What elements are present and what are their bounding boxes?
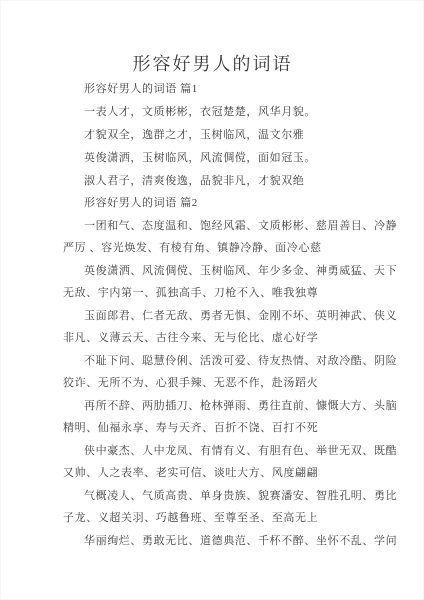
text-line: 无敌、宇内第一、孤独高手、刀枪不入、唯我独尊 [63,282,362,304]
text-line: 侠中豪杰、人中龙凤、有情有义、有胆有色、举世无双、既酷 [63,440,362,462]
paragraph: 才貌双全，逸群之才，玉树临风，温文尔雅 [63,124,362,146]
paragraph: 英俊潇洒，玉树临风，风流倜傥，面如冠玉。 [63,147,362,169]
paragraph: 一表人才，文质彬彬，衣冠楚楚，风华月貌。 [63,101,362,123]
paragraph: 英俊潇洒、风流倜傥、玉树临风、年少多金、神勇威猛、天下 无敌、宇内第一、孤独高手… [63,260,362,304]
text-line: 气概凌人、气质高贵、单身贵族、貌赛潘安、智胜孔明、勇比 [63,485,362,507]
page-title: 形容好男人的词语 [63,50,362,78]
paragraph: 侠中豪杰、人中龙凤、有情有义、有胆有色、举世无双、既酷 又帅、人之表率、老实可信… [63,440,362,484]
paragraph: 再所不辞、两肋插刀、枪林弹雨、勇往直前、慷慨大方、头脑 精明、仙福永享、寿与天齐… [63,395,362,439]
text-line: 子龙、义超关羽、巧越鲁班、至尊至圣、至高无上 [63,507,362,529]
document-flow: 形容好男人的词语 篇1 一表人才，文质彬彬，衣冠楚楚，风华月貌。 才貌双全，逸群… [63,78,362,552]
paragraph: 一团和气、态度温和、饱经风霜、文质彬彬、慈眉善目、冷静 严厉 、容光焕发、有棱有… [63,215,362,259]
text-line: 淑人君子，清爽俊逸，品貌非凡，才貌双绝 [63,170,362,192]
section-1-heading: 形容好男人的词语 篇1 [63,78,362,100]
text-line: 一团和气、态度温和、饱经风霜、文质彬彬、慈眉善目、冷静 [63,215,362,237]
section-2-heading: 形容好男人的词语 篇2 [63,192,362,214]
text-line: 严厉 、容光焕发、有棱有角、镇静冷静、面冷心慈 [63,237,362,259]
paragraph: 淑人君子，清爽俊逸，品貌非凡，才貌双绝 [63,170,362,192]
text-line: 一表人才，文质彬彬，衣冠楚楚，风华月貌。 [63,101,362,123]
text-line: 再所不辞、两肋插刀、枪林弹雨、勇往直前、慷慨大方、头脑 [63,395,362,417]
paragraph: 华丽绚烂、勇敢无比、道德典范、千杯不醉、坐怀不乱、学问 [63,530,362,552]
text-line: 英俊潇洒，玉树临风，风流倜傥，面如冠玉。 [63,147,362,169]
text-line: 华丽绚烂、勇敢无比、道德典范、千杯不醉、坐怀不乱、学问 [63,530,362,552]
text-line: 不耻下问、聪慧伶俐、活泼可爱、待友热情、对敌冷酷、阴险 [63,350,362,372]
document-page: 形容好男人的词语 形容好男人的词语 篇1 一表人才，文质彬彬，衣冠楚楚，风华月貌… [0,0,424,600]
paragraph: 气概凌人、气质高贵、单身贵族、貌赛潘安、智胜孔明、勇比 子龙、义超关羽、巧越鲁班… [63,485,362,529]
text-line: 非凡、义薄云天、古往今来、无与伦比、虚心好学 [63,327,362,349]
text-line: 狡诈、无所不为、心狠手辣、无恶不作，赴汤蹈火 [63,372,362,394]
document-body: 形容好男人的词语 形容好男人的词语 篇1 一表人才，文质彬彬，衣冠楚楚，风华月貌… [0,0,424,552]
text-line: 才貌双全，逸群之才，玉树临风，温文尔雅 [63,124,362,146]
text-line: 精明、仙福永享、寿与天齐、百折不饶、百打不死 [63,417,362,439]
text-line: 英俊潇洒、风流倜傥、玉树临风、年少多金、神勇威猛、天下 [63,260,362,282]
text-line: 又帅、人之表率、老实可信、谈吐大方、风度翩翩 [63,462,362,484]
paragraph: 不耻下问、聪慧伶俐、活泼可爱、待友热情、对敌冷酷、阴险 狡诈、无所不为、心狠手辣… [63,350,362,394]
text-line: 玉面郎君、仁者无敌、勇者无惧、金刚不坏、英明神武、侠义 [63,305,362,327]
paragraph: 玉面郎君、仁者无敌、勇者无惧、金刚不坏、英明神武、侠义 非凡、义薄云天、古往今来… [63,305,362,349]
